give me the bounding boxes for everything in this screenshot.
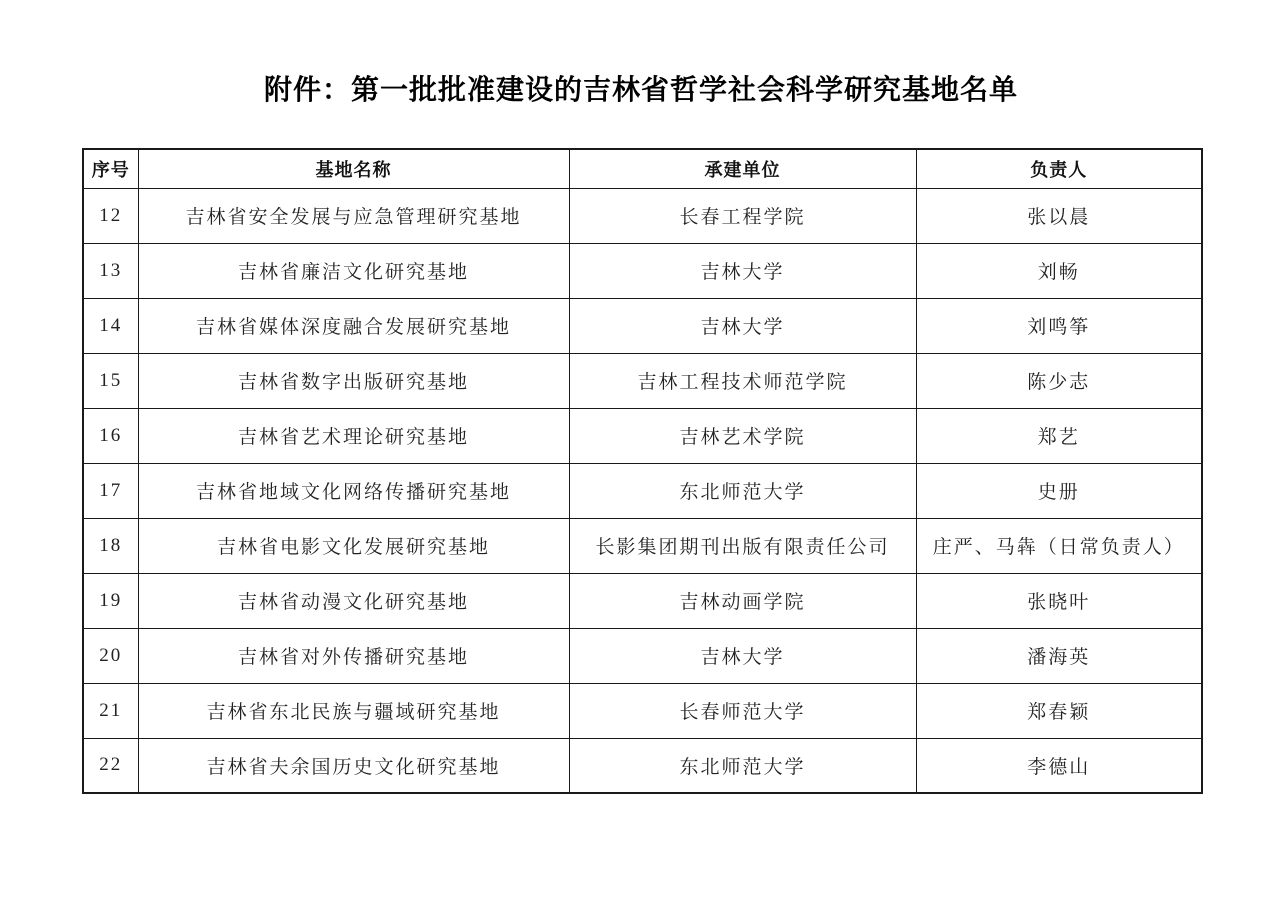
- unit-cell: 吉林动画学院: [569, 573, 916, 628]
- unit-cell: 东北师范大学: [569, 463, 916, 518]
- leader-cell: 郑艺: [916, 408, 1202, 463]
- unit-cell: 吉林大学: [569, 628, 916, 683]
- column-header-unit: 承建单位: [569, 149, 916, 188]
- table-row: 17 吉林省地域文化网络传播研究基地 东北师范大学 史册: [83, 463, 1202, 518]
- research-bases-table: 序号 基地名称 承建单位 负责人 12 吉林省安全发展与应急管理研究基地 长春工…: [82, 148, 1203, 794]
- leader-cell: 庄严、马犇（日常负责人）: [916, 518, 1202, 573]
- unit-cell: 吉林大学: [569, 298, 916, 353]
- unit-cell: 长春工程学院: [569, 188, 916, 243]
- base-name-cell: 吉林省东北民族与疆域研究基地: [138, 683, 569, 738]
- unit-cell: 吉林大学: [569, 243, 916, 298]
- column-header-leader: 负责人: [916, 149, 1202, 188]
- table-row: 18 吉林省电影文化发展研究基地 长影集团期刊出版有限责任公司 庄严、马犇（日常…: [83, 518, 1202, 573]
- column-header-base: 基地名称: [138, 149, 569, 188]
- row-index-cell: 21: [83, 683, 138, 738]
- table-row: 19 吉林省动漫文化研究基地 吉林动画学院 张晓叶: [83, 573, 1202, 628]
- table-row: 20 吉林省对外传播研究基地 吉林大学 潘海英: [83, 628, 1202, 683]
- base-name-cell: 吉林省电影文化发展研究基地: [138, 518, 569, 573]
- base-name-cell: 吉林省廉洁文化研究基地: [138, 243, 569, 298]
- table-header-row: 序号 基地名称 承建单位 负责人: [83, 149, 1202, 188]
- leader-cell: 李德山: [916, 738, 1202, 793]
- unit-cell: 吉林艺术学院: [569, 408, 916, 463]
- table-row: 16 吉林省艺术理论研究基地 吉林艺术学院 郑艺: [83, 408, 1202, 463]
- leader-cell: 刘畅: [916, 243, 1202, 298]
- base-name-cell: 吉林省安全发展与应急管理研究基地: [138, 188, 569, 243]
- unit-cell: 长春师范大学: [569, 683, 916, 738]
- base-name-cell: 吉林省媒体深度融合发展研究基地: [138, 298, 569, 353]
- row-index-cell: 17: [83, 463, 138, 518]
- page-title: 附件：第一批批准建设的吉林省哲学社会科学研究基地名单: [0, 68, 1282, 108]
- base-name-cell: 吉林省夫余国历史文化研究基地: [138, 738, 569, 793]
- row-index-cell: 14: [83, 298, 138, 353]
- table-row: 21 吉林省东北民族与疆域研究基地 长春师范大学 郑春颖: [83, 683, 1202, 738]
- base-name-cell: 吉林省对外传播研究基地: [138, 628, 569, 683]
- row-index-cell: 20: [83, 628, 138, 683]
- row-index-cell: 22: [83, 738, 138, 793]
- table-row: 15 吉林省数字出版研究基地 吉林工程技术师范学院 陈少志: [83, 353, 1202, 408]
- table-row: 12 吉林省安全发展与应急管理研究基地 长春工程学院 张以晨: [83, 188, 1202, 243]
- base-name-cell: 吉林省艺术理论研究基地: [138, 408, 569, 463]
- leader-cell: 刘鸣筝: [916, 298, 1202, 353]
- row-index-cell: 19: [83, 573, 138, 628]
- document-page: 附件：第一批批准建设的吉林省哲学社会科学研究基地名单 序号 基地名称 承建单位 …: [0, 0, 1282, 914]
- row-index-cell: 15: [83, 353, 138, 408]
- row-index-cell: 16: [83, 408, 138, 463]
- base-name-cell: 吉林省动漫文化研究基地: [138, 573, 569, 628]
- leader-cell: 郑春颖: [916, 683, 1202, 738]
- unit-cell: 东北师范大学: [569, 738, 916, 793]
- leader-cell: 张晓叶: [916, 573, 1202, 628]
- row-index-cell: 13: [83, 243, 138, 298]
- column-header-index: 序号: [83, 149, 138, 188]
- leader-cell: 张以晨: [916, 188, 1202, 243]
- table-row: 22 吉林省夫余国历史文化研究基地 东北师范大学 李德山: [83, 738, 1202, 793]
- row-index-cell: 18: [83, 518, 138, 573]
- base-name-cell: 吉林省地域文化网络传播研究基地: [138, 463, 569, 518]
- table-row: 14 吉林省媒体深度融合发展研究基地 吉林大学 刘鸣筝: [83, 298, 1202, 353]
- unit-cell: 长影集团期刊出版有限责任公司: [569, 518, 916, 573]
- leader-cell: 潘海英: [916, 628, 1202, 683]
- unit-cell: 吉林工程技术师范学院: [569, 353, 916, 408]
- table-body: 12 吉林省安全发展与应急管理研究基地 长春工程学院 张以晨 13 吉林省廉洁文…: [83, 188, 1202, 793]
- leader-cell: 陈少志: [916, 353, 1202, 408]
- table-row: 13 吉林省廉洁文化研究基地 吉林大学 刘畅: [83, 243, 1202, 298]
- base-name-cell: 吉林省数字出版研究基地: [138, 353, 569, 408]
- row-index-cell: 12: [83, 188, 138, 243]
- leader-cell: 史册: [916, 463, 1202, 518]
